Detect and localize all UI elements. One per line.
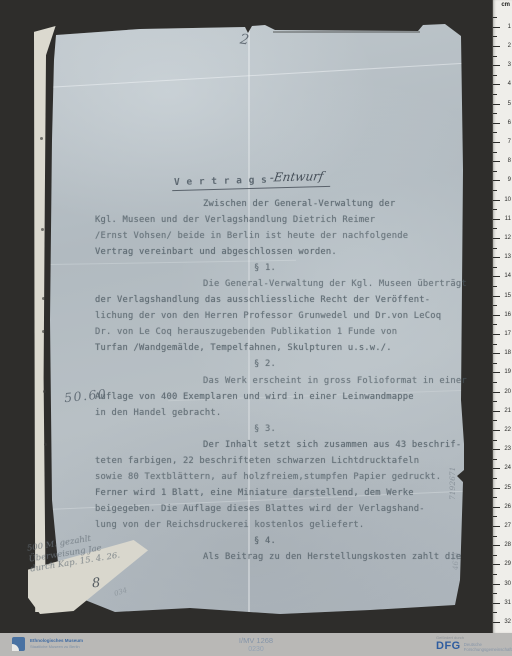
ruler-tick-label: 23 bbox=[504, 446, 511, 452]
ruler-tick-label: 25 bbox=[504, 485, 511, 491]
ruler-tick-label: 14 bbox=[504, 273, 511, 279]
ruler-major-tick bbox=[493, 392, 500, 393]
cm-ruler: cm 1234567891011121314151617181920212223… bbox=[492, 0, 512, 633]
archive-scan-viewer: 2 V e r t r a g s -Entwurf Zwischen der … bbox=[0, 0, 512, 656]
ruler-half-tick bbox=[493, 209, 497, 210]
ruler-tick-label: 8 bbox=[508, 158, 511, 164]
ruler-tick-label: 7 bbox=[508, 139, 511, 145]
typed-line: beigegeben. Die Auflage dieses Blattes w… bbox=[95, 501, 435, 517]
typed-line: Der Inhalt setzt sich zusammen aus 43 be… bbox=[95, 437, 435, 453]
ruler-half-tick bbox=[493, 459, 497, 460]
handwritten-page-number: 2 bbox=[239, 31, 250, 48]
ruler-tick-label: 28 bbox=[504, 542, 511, 548]
ruler-major-tick bbox=[493, 468, 500, 469]
ruler-half-tick bbox=[493, 305, 497, 306]
ruler-half-tick bbox=[493, 440, 497, 441]
handwritten-corner-number: 8 bbox=[91, 576, 101, 592]
museum-name: Ethnologisches Museum Staatliche Museen … bbox=[30, 638, 83, 651]
ruler-half-tick bbox=[493, 171, 497, 172]
ruler-tick-label: 15 bbox=[504, 293, 511, 299]
dfg-logo: DFG bbox=[436, 641, 461, 652]
ruler-tick-label: 20 bbox=[504, 389, 511, 395]
ruler-major-tick bbox=[493, 46, 500, 47]
ruler-half-tick bbox=[493, 536, 497, 537]
ruler-tick-label: 2 bbox=[508, 43, 511, 49]
ruler-major-tick bbox=[493, 603, 500, 604]
ruler-unit-label: cm bbox=[501, 2, 510, 8]
typed-line: Kgl. Museen und der Verlagshandlung Diet… bbox=[95, 212, 435, 228]
ruler-major-tick bbox=[493, 564, 500, 565]
ruler-half-tick bbox=[493, 75, 497, 76]
footer-caption-bar: Ethnologisches Museum Staatliche Museen … bbox=[0, 633, 512, 656]
ruler-major-tick bbox=[493, 219, 500, 220]
ruler-major-tick bbox=[493, 622, 500, 623]
ruler-tick-label: 3 bbox=[508, 62, 511, 68]
document-content: 2 V e r t r a g s -Entwurf Zwischen der … bbox=[0, 0, 512, 656]
shelfmark-id: I/MV 1268 bbox=[239, 636, 273, 645]
ruler-half-tick bbox=[493, 344, 497, 345]
dfg-funding-block: Gefördert durch DFG Deutsche Forschungsg… bbox=[436, 635, 508, 652]
ruler-half-tick bbox=[493, 190, 497, 191]
ruler-tick-label: 21 bbox=[504, 408, 511, 414]
ruler-tick-label: 22 bbox=[504, 427, 511, 433]
ruler-tick-label: 31 bbox=[504, 600, 511, 606]
title-typed-text: V e r t r a g s bbox=[174, 175, 268, 188]
ruler-half-tick bbox=[493, 516, 497, 517]
handwritten-faint-number: 034 bbox=[113, 586, 128, 598]
ruler-half-tick bbox=[493, 497, 497, 498]
ruler-major-tick bbox=[493, 180, 500, 181]
ruler-major-tick bbox=[493, 507, 500, 508]
ruler-major-tick bbox=[493, 430, 500, 431]
ruler-half-tick bbox=[493, 612, 497, 613]
typed-line: Dr. von Le Coq herauszugebenden Publikat… bbox=[95, 324, 435, 340]
ruler-half-tick bbox=[493, 113, 497, 114]
ruler-major-tick bbox=[493, 276, 500, 277]
ruler-tick-label: 24 bbox=[504, 465, 511, 471]
ruler-major-tick bbox=[493, 142, 500, 143]
ruler-tick-label: 19 bbox=[504, 369, 511, 375]
dfg-logo-row: DFG Deutsche Forschungsgemeinschaft bbox=[436, 641, 508, 652]
ruler-major-tick bbox=[493, 488, 500, 489]
ruler-tick-label: 27 bbox=[504, 523, 511, 529]
ruler-half-tick bbox=[493, 267, 497, 268]
ruler-major-tick bbox=[493, 584, 500, 585]
ruler-tick-label: 12 bbox=[504, 235, 511, 241]
ruler-tick-label: 1 bbox=[508, 24, 511, 30]
ruler-half-tick bbox=[493, 94, 497, 95]
ruler-major-tick bbox=[493, 161, 500, 162]
typed-line: Das Werk erscheint in gross Folioformat … bbox=[95, 373, 435, 389]
typed-line: § 2. bbox=[95, 356, 435, 372]
ruler-major-tick bbox=[493, 411, 500, 412]
handwritten-payment-note: 500 M. gezahlt Überweisung Jae durch Kap… bbox=[26, 524, 154, 575]
ruler-tick-label: 29 bbox=[504, 561, 511, 567]
ruler-tick-label: 13 bbox=[504, 254, 511, 260]
ruler-major-tick bbox=[493, 353, 500, 354]
ruler-tick-label: 4 bbox=[508, 81, 511, 87]
ruler-tick-label: 30 bbox=[504, 581, 511, 587]
typed-line: Zwischen der General-Verwaltung der bbox=[95, 196, 435, 212]
ruler-major-tick bbox=[493, 449, 500, 450]
typed-line: in den Handel gebracht. bbox=[95, 405, 435, 421]
typed-line: Vertrag vereinbart und abgeschlossen wor… bbox=[95, 244, 435, 260]
typed-line: § 1. bbox=[95, 260, 435, 276]
ruler-major-tick bbox=[493, 372, 500, 373]
handwritten-vertical-note: 7192671 bbox=[448, 428, 457, 500]
dfg-org-line2: Forschungsgemeinschaft bbox=[464, 647, 512, 652]
typed-line: Ferner wird 1 Blatt, eine Miniature dars… bbox=[95, 485, 435, 501]
typed-line: Turfan /Wandgemälde, Tempelfahnen, Skulp… bbox=[95, 340, 435, 356]
ruler-tick-label: 5 bbox=[508, 101, 511, 107]
ruler-half-tick bbox=[493, 152, 497, 153]
ruler-tick-label: 11 bbox=[505, 216, 511, 222]
ruler-half-tick bbox=[493, 36, 497, 37]
ruler-major-tick bbox=[493, 315, 500, 316]
museum-name-line2: Staatliche Museen zu Berlin bbox=[30, 644, 83, 649]
ruler-half-tick bbox=[493, 228, 497, 229]
typed-line: teten farbigen, 22 beschrifteten schwarz… bbox=[95, 453, 435, 469]
ruler-major-tick bbox=[493, 238, 500, 239]
ruler-major-tick bbox=[493, 123, 500, 124]
ruler-tick-label: 9 bbox=[508, 177, 511, 183]
museum-branding: Ethnologisches Museum Staatliche Museen … bbox=[12, 637, 83, 651]
typed-line: § 3. bbox=[95, 421, 435, 437]
ruler-tick-label: 18 bbox=[504, 350, 511, 356]
typed-line: sowie 80 Textblättern, auf holzfreiem,st… bbox=[95, 469, 435, 485]
typed-line: /Ernst Vohsen/ beide in Berlin ist heute… bbox=[95, 228, 435, 244]
ruler-half-tick bbox=[493, 132, 497, 133]
ruler-tick-label: 10 bbox=[504, 197, 511, 203]
ruler-major-tick bbox=[493, 104, 500, 105]
handwritten-vertical-note: 4674 bbox=[452, 536, 460, 570]
ruler-tick-label: 16 bbox=[504, 312, 511, 318]
ruler-major-tick bbox=[493, 257, 500, 258]
ruler-half-tick bbox=[493, 574, 497, 575]
document-body: Zwischen der General-Verwaltung derKgl. … bbox=[95, 196, 435, 565]
ruler-tick-label: 17 bbox=[504, 331, 511, 337]
ruler-major-tick bbox=[493, 200, 500, 201]
ruler-half-tick bbox=[493, 382, 497, 383]
ruler-major-tick bbox=[493, 84, 500, 85]
typed-line: lichung der von den Herren Professor Gru… bbox=[95, 308, 435, 324]
typed-line: Die General-Verwaltung der Kgl. Museen ü… bbox=[95, 276, 435, 292]
dfg-org-name: Deutsche Forschungsgemeinschaft bbox=[464, 642, 512, 652]
ruler-half-tick bbox=[493, 248, 497, 249]
shelfmark: I/MV 1268 0230 bbox=[239, 636, 273, 654]
ruler-tick-label: 26 bbox=[504, 504, 511, 510]
ruler-major-tick bbox=[493, 27, 500, 28]
ruler-tick-label: 32 bbox=[504, 619, 511, 625]
ruler-major-tick bbox=[493, 334, 500, 335]
ruler-half-tick bbox=[493, 286, 497, 287]
ruler-major-tick bbox=[493, 296, 500, 297]
title-handwritten-text: -Entwurf bbox=[269, 169, 325, 184]
typed-line: der Verlagshandlung das ausschliessliche… bbox=[95, 292, 435, 308]
ruler-half-tick bbox=[493, 324, 497, 325]
ruler-major-tick bbox=[493, 545, 500, 546]
ruler-half-tick bbox=[493, 420, 497, 421]
museum-logo-icon bbox=[12, 637, 25, 651]
ruler-half-tick bbox=[493, 401, 497, 402]
ruler-tick-label: 6 bbox=[508, 120, 511, 126]
ruler-half-tick bbox=[493, 478, 497, 479]
ruler-major-tick bbox=[493, 65, 500, 66]
ruler-half-tick bbox=[493, 593, 497, 594]
ruler-half-tick bbox=[493, 555, 497, 556]
shelfmark-page: 0230 bbox=[239, 645, 273, 654]
document-title: V e r t r a g s -Entwurf bbox=[172, 170, 330, 191]
typed-line: Auflage von 400 Exemplaren und wird in e… bbox=[95, 389, 435, 405]
ruler-half-tick bbox=[493, 17, 497, 18]
ruler-half-tick bbox=[493, 363, 497, 364]
ruler-major-tick bbox=[493, 526, 500, 527]
ruler-half-tick bbox=[493, 56, 497, 57]
